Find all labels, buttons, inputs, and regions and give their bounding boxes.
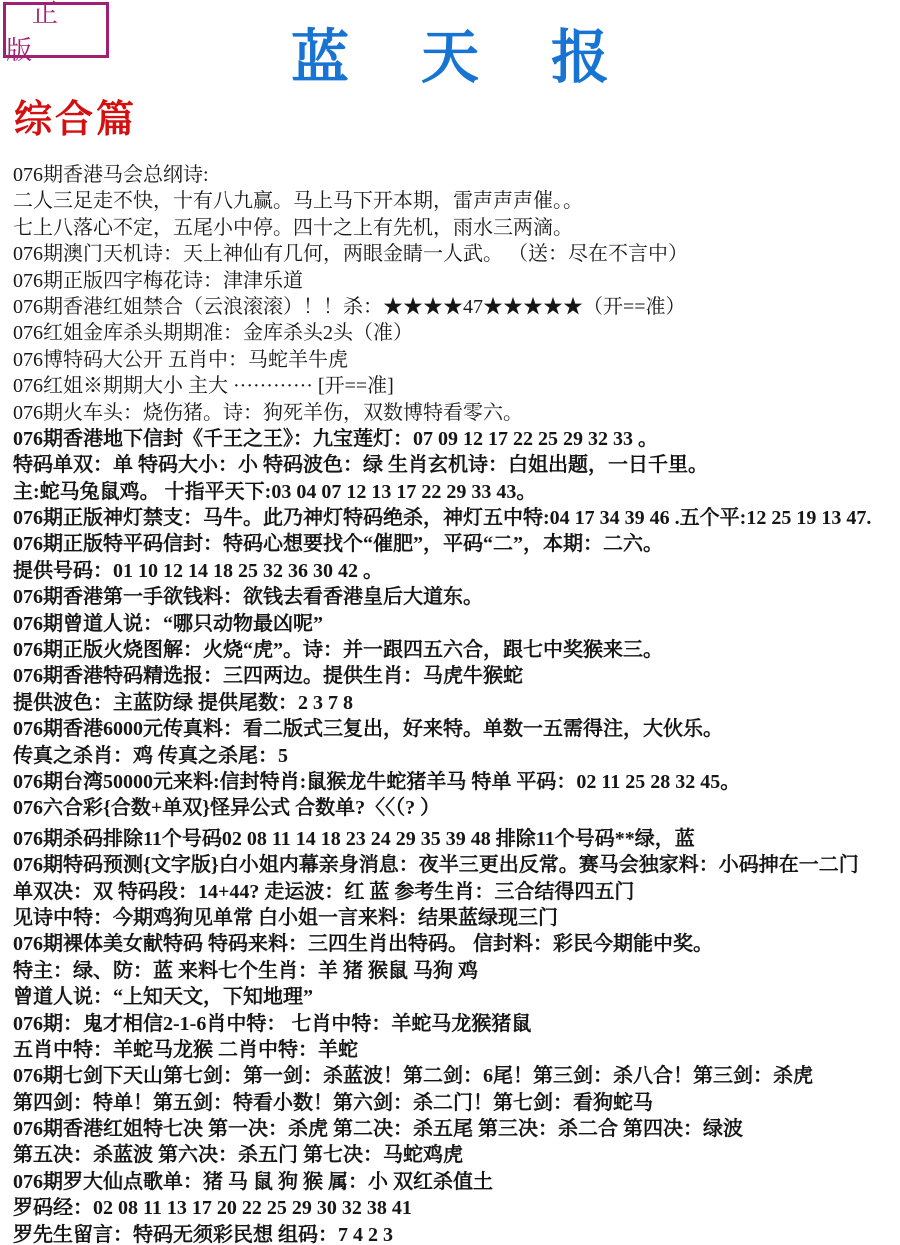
text-line: 076期杀码排除11个号码02 08 11 14 18 23 24 29 35 … (13, 826, 898, 852)
text-line: 076红姐金库杀头期期准：金库杀头2头（准） (13, 320, 898, 346)
text-line: 076期香港马会总纲诗: (13, 162, 898, 188)
text-line: 076期：鬼才相信2-1-6肖中特： 七肖中特：羊蛇马龙猴猪鼠 (13, 1011, 898, 1037)
text-line: 五肖中特：羊蛇马龙猴 二肖中特：羊蛇 (13, 1037, 898, 1063)
text-line: 传真之杀肖：鸡 传真之杀尾：5 (13, 743, 898, 769)
text-line: 076期曾道人说：“哪只动物最凶呢” (13, 611, 898, 637)
text-line: 076期正版神灯禁支：马牛。此乃神灯特码绝杀，神灯五中特:04 17 34 39… (13, 505, 898, 531)
section-title: 综合篇 (14, 88, 137, 143)
text-line: 076期香港地下信封《千王之王》：九宝莲灯：07 09 12 17 22 25 … (13, 426, 898, 452)
text-line: 单双决：双 特码段：14+44? 走运波：红 蓝 参考生肖：三合结得四五门 (13, 879, 898, 905)
text-line: 第四剑：特单！第五剑：特看小数！第六剑：杀二门！第七剑：看狗蛇马 (13, 1090, 898, 1116)
text-line: 076红姐※期期大小 主大 ············ [开==准] (13, 373, 898, 399)
text-line: 见诗中特：今期鸡狗见单常 白小姐一言来料：结果蓝绿现三门 (13, 905, 898, 931)
content-lines: 076期香港马会总纲诗:二人三足走不快，十有八九赢。马上马下开本期，雷声声声催。… (13, 162, 898, 1245)
text-line: 076期裸体美女献特码 特码来料：三四生肖出特码。 信封料：彩民今期能中奖。 (13, 931, 898, 957)
text-line: 076期正版四字梅花诗：津津乐道 (13, 268, 898, 294)
text-line: 七上八落心不定，五尾小中停。四十之上有先机，雨水三两滴。 (13, 215, 898, 241)
text-line: 076期香港第一手欲钱料：欲钱去看香港皇后大道东。 (13, 584, 898, 610)
text-line: 二人三足走不快，十有八九赢。马上马下开本期，雷声声声催。。 (13, 188, 898, 214)
text-line: 076期香港6000元传真料：看二版式三复出，好来特。单数一五需得注，大伙乐。 (13, 716, 898, 742)
text-line: 076期罗大仙点歌单：猪 马 鼠 狗 猴 属：小 双红杀值土 (13, 1169, 898, 1195)
text-line: 第五决：杀蓝波 第六决：杀五门 第七决：马蛇鸡虎 (13, 1142, 898, 1168)
text-line: 罗先生留言：特码无须彩民想 组码：7 4 2 3 (13, 1222, 898, 1245)
page-title: 蓝天报 (0, 10, 900, 94)
text-line: 076期特码预测{文字版}白小姐内幕亲身消息：夜半三更出反常。赛马会独家料：小码… (13, 852, 898, 878)
text-line: 076博特码大公开 五肖中：马蛇羊牛虎 (13, 347, 898, 373)
text-line: 076六合彩{合数+单双}怪异公式 合数单?〈〈（? ） (13, 795, 898, 821)
text-line: 076期火车头：烧伤猪。诗：狗死羊伤，双数博特看零六。 (13, 400, 898, 426)
text-line: 特码单双：单 特码大小：小 特码波色：绿 生肖玄机诗：白姐出题，一日千里。 (13, 452, 898, 478)
text-line: 特主：绿、防：蓝 来料七个生肖：羊 猪 猴鼠 马狗 鸡 (13, 958, 898, 984)
text-line: 076期香港特码精选报：三四两边。提供生肖：马虎牛猴蛇 (13, 663, 898, 689)
text-line: 076期正版火烧图解：火烧“虎”。诗：并一跟四五六合，跟七中奖猴来三。 (13, 637, 898, 663)
text-line: 076期正版特平码信封：特码心想要找个“催肥”，平码“二”，本期：二六。 (13, 531, 898, 557)
text-line: 076期香港红姐特七决 第一决：杀虎 第二决：杀五尾 第三决：杀二合 第四决：绿… (13, 1116, 898, 1142)
text-line: 076期七剑下天山第七剑：第一剑：杀蓝波！第二剑：6尾！第三剑：杀八合！第三剑：… (13, 1063, 898, 1089)
text-line: 主:蛇马兔鼠鸡。 十指平天下:03 04 07 12 13 17 22 29 3… (13, 479, 898, 505)
text-line: 提供号码：01 10 12 14 18 25 32 36 30 42 。 (13, 558, 898, 584)
text-line: 提供波色：主蓝防绿 提供尾数：2 3 7 8 (13, 690, 898, 716)
text-line: 罗码经：02 08 11 13 17 20 22 25 29 30 32 38 … (13, 1195, 898, 1221)
text-line: 076期台湾50000元来料:信封特肖:鼠猴龙牛蛇猪羊马 特单 平码：02 11… (13, 769, 898, 795)
text-line: 076期澳门天机诗：天上神仙有几何，两眼金睛一人武。 （送：尽在不言中） (13, 241, 898, 267)
text-line: 076期香港红姐禁合（云浪滚滚）！！杀：★★★★47★★★★★（开==准） (13, 294, 898, 320)
text-line: 曾道人说：“上知天文，下知地理” (13, 984, 898, 1010)
